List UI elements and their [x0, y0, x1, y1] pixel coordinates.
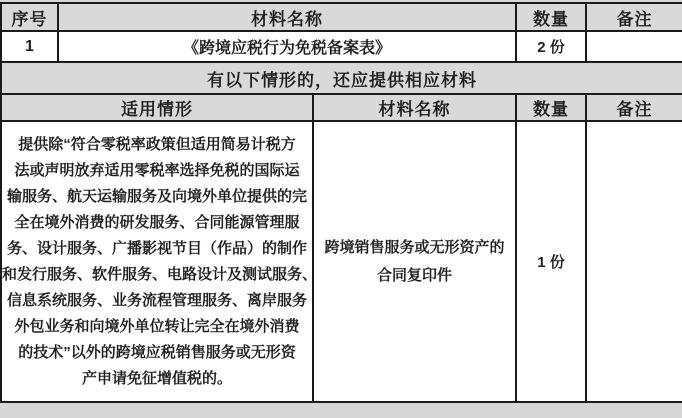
row2-quantity: 1 份 [516, 121, 586, 402]
table-header-bottom: 适用情形 材料名称 数量 备注 [1, 94, 682, 121]
table-header-top: 序号 材料名称 数量 备注 [1, 3, 682, 31]
row2-material: 跨境销售服务或无形资产的 合同复印件 [313, 121, 516, 402]
situation-text-line: 全在境外消费的研发服务、合同能源管理服 [2, 210, 312, 236]
header-quantity-2: 数量 [516, 94, 586, 121]
header-index: 序号 [1, 3, 58, 31]
header-notes-2: 备注 [586, 94, 682, 121]
header-material-name: 材料名称 [58, 3, 516, 31]
row1-index: 1 [1, 31, 58, 62]
header-notes: 备注 [586, 3, 682, 31]
table-row-2: 提供除“符合零税率政策但适用简易计税方 法或声明放弃适用零税率选择免税的国际运 … [1, 121, 682, 402]
row2-situation: 提供除“符合零税率政策但适用简易计税方 法或声明放弃适用零税率选择免税的国际运 … [1, 121, 313, 402]
section-title: 有以下情形的，还应提供相应材料 [1, 62, 682, 94]
materials-table: 序号 材料名称 数量 备注 1 《跨境应税行为免税备案表》 2 份 有以下情形的… [0, 2, 682, 403]
header-situation: 适用情形 [1, 94, 313, 121]
situation-text-line: 法或声明放弃适用零税率选择免税的国际运 [2, 158, 312, 184]
table-row-1: 1 《跨境应税行为免税备案表》 2 份 [1, 31, 682, 62]
situation-text-line: 提供除“符合零税率政策但适用简易计税方 [2, 132, 312, 158]
row1-material: 《跨境应税行为免税备案表》 [58, 31, 516, 62]
situation-text-line: 外包业务和向境外单位转让完全在境外消费 [2, 314, 312, 340]
situation-text-line: 信息系统服务、业务流程管理服务、离岸服务 [2, 288, 312, 314]
header-material-name-2: 材料名称 [313, 94, 516, 121]
situation-text-line: 和发行服务、软件服务、电路设计及测试服务、 [2, 262, 312, 288]
situation-text-line: 务、设计服务、广播影视节目（作品）的制作 [2, 236, 312, 262]
row1-quantity: 2 份 [516, 31, 586, 62]
row1-notes [586, 31, 682, 62]
header-quantity: 数量 [516, 3, 586, 31]
section-title-row: 有以下情形的，还应提供相应材料 [1, 62, 682, 94]
situation-text-line: 的技术”以外的跨境应税销售服务或无形资 [2, 340, 312, 366]
document-page: 序号 材料名称 数量 备注 1 《跨境应税行为免税备案表》 2 份 有以下情形的… [0, 0, 682, 418]
row2-notes [586, 121, 682, 402]
situation-text-line: 输服务、航天运输服务及向境外单位提供的完 [2, 184, 312, 210]
material-text-line: 合同复印件 [314, 262, 515, 290]
material-text-line: 跨境销售服务或无形资产的 [314, 234, 515, 262]
situation-text-line: 产申请免征增值税的。 [2, 366, 312, 392]
